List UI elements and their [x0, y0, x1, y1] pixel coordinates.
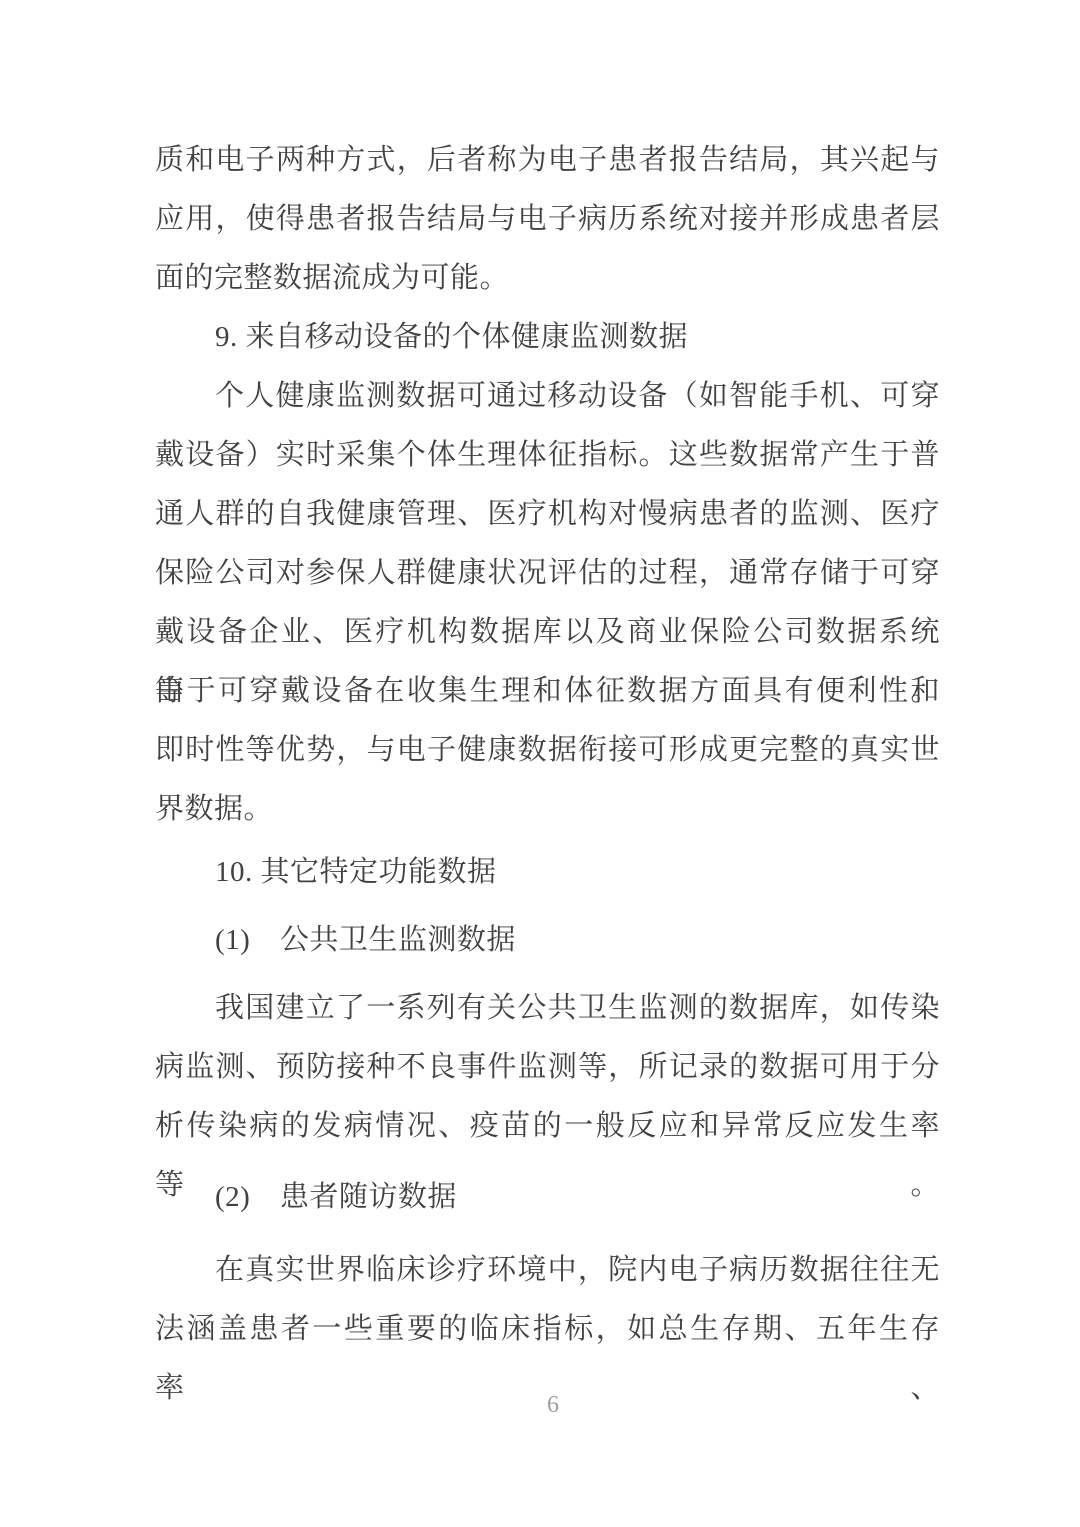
text-line: 面的完整数据流成为可能。 [155, 249, 940, 308]
page-number: 6 [0, 1390, 1080, 1420]
text-line: 界数据。 [155, 780, 940, 839]
text-line: 戴设备）实时采集个体生理体征指标。这些数据常产生于普 [155, 426, 940, 485]
text-line: 在真实世界临床诊疗环境中，院内电子病历数据往往无 [155, 1241, 940, 1300]
text-line: 我国建立了一系列有关公共卫生监测的数据库，如传染 [155, 979, 940, 1038]
text-line: 个人健康监测数据可通过移动设备（如智能手机、可穿 [155, 367, 940, 426]
text-line: 保险公司对参保人群健康状况评估的过程，通常存储于可穿 [155, 544, 940, 603]
text-line: 质和电子两种方式，后者称为电子患者报告结局，其兴起与 [155, 131, 940, 190]
section-heading-9: 9. 来自移动设备的个体健康监测数据 [155, 308, 940, 367]
text-line: 由于可穿戴设备在收集生理和体征数据方面具有便利性和 [155, 662, 940, 721]
text-line: 病监测、预防接种不良事件监测等，所记录的数据可用于分 [155, 1038, 940, 1097]
text-line: 戴设备企业、医疗机构数据库以及商业保险公司数据系统等。 [155, 603, 940, 662]
document-page: 质和电子两种方式，后者称为电子患者报告结局，其兴起与 应用，使得患者报告结局与电… [0, 0, 1080, 1527]
text-line: 法涵盖患者一些重要的临床指标，如总生存期、五年生存率、 [155, 1300, 940, 1359]
section-heading-10: 10. 其它特定功能数据 [155, 843, 940, 902]
text-line: 析传染病的发病情况、疫苗的一般反应和异常反应发生率等。 [155, 1097, 940, 1156]
subsection-heading-1: (1) 公共卫生监测数据 [155, 911, 940, 970]
text-line: 通人群的自我健康管理、医疗机构对慢病患者的监测、医疗 [155, 485, 940, 544]
text-line: 应用，使得患者报告结局与电子病历系统对接并形成患者层 [155, 190, 940, 249]
document-body: 质和电子两种方式，后者称为电子患者报告结局，其兴起与 应用，使得患者报告结局与电… [155, 131, 940, 1359]
text-line: 即时性等优势，与电子健康数据衔接可形成更完整的真实世 [155, 721, 940, 780]
